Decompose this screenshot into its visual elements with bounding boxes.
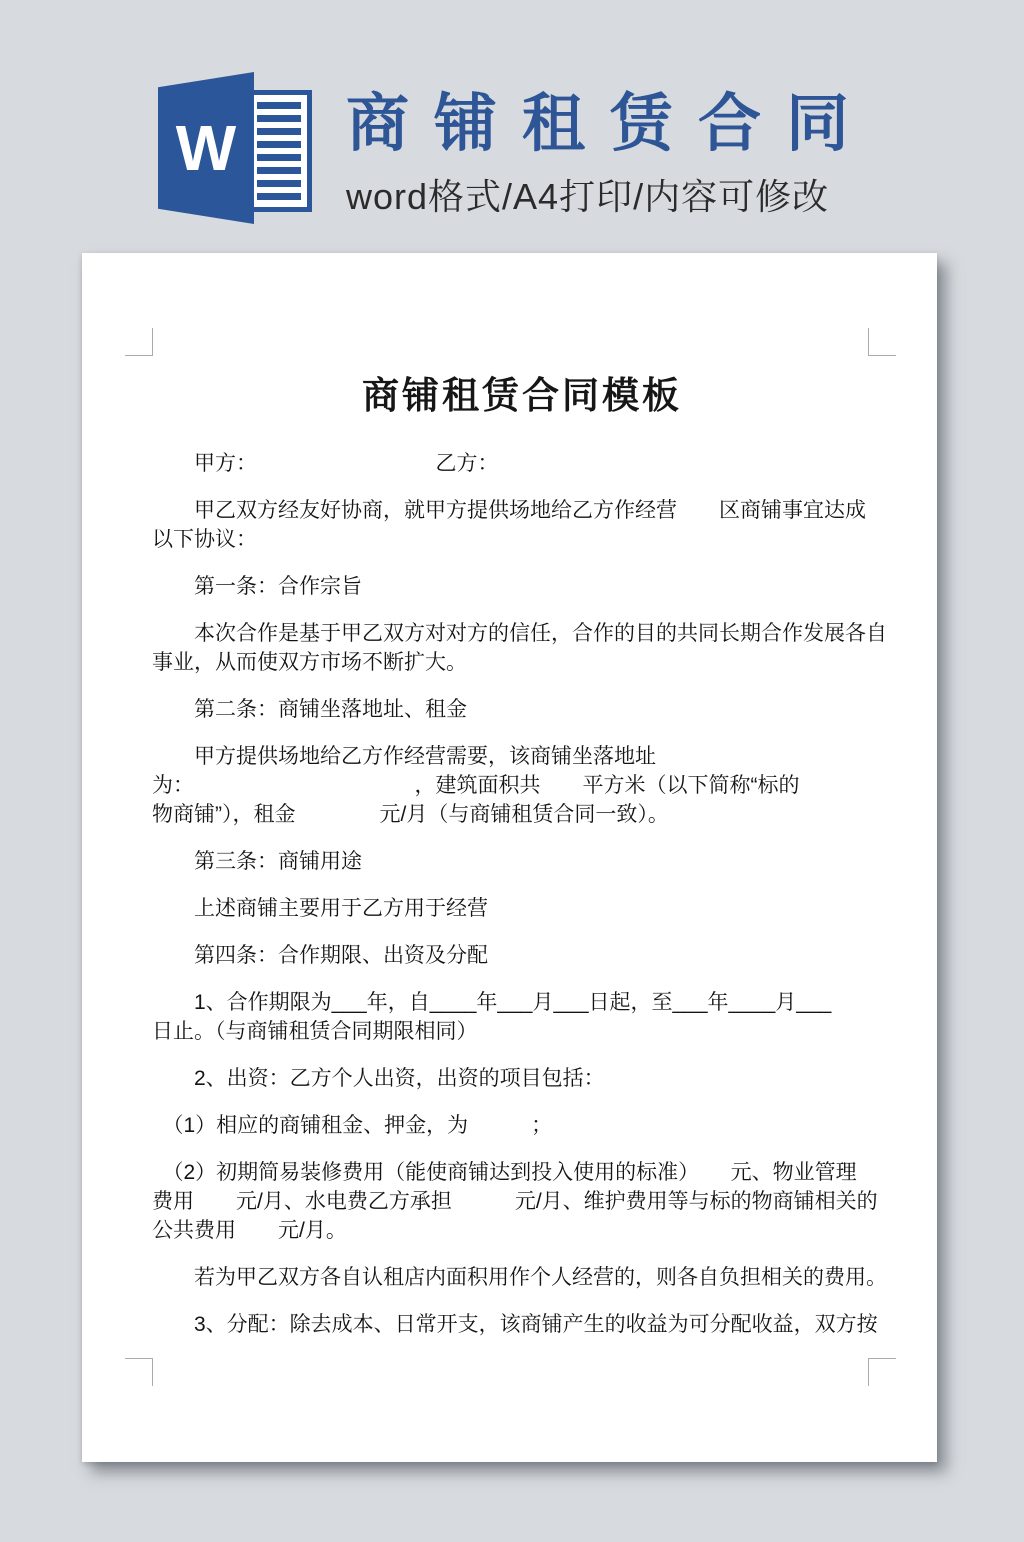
word-icon-letter: W [176, 116, 236, 180]
paragraph-line: 上述商铺主要用于乙方用于经营 [152, 894, 892, 923]
paragraph: 上述商铺主要用于乙方用于经营 [152, 894, 892, 923]
paragraph: 甲乙双方经友好协商，就甲方提供场地给乙方作经营 区商铺事宜达成以下协议： [152, 496, 892, 554]
paragraph-line: 公共费用 元/月。 [152, 1216, 892, 1245]
paragraph-line: 日止。（与商铺租赁合同期限相同） [152, 1017, 892, 1046]
paragraph-line: 第三条：商铺用途 [152, 847, 892, 876]
paragraph: 甲方： 乙方： [152, 449, 892, 478]
paragraph-line: 若为甲乙双方各自认租店内面积用作个人经营的，则各自负担相关的费用。 [152, 1263, 892, 1292]
paragraph: 1、合作期限为___年，自____年___月___日起，至___年____月__… [152, 988, 892, 1046]
document-title: 商铺租赁合同模板 [152, 373, 892, 421]
paragraph-line: 2、出资：乙方个人出资，出资的项目包括： [152, 1064, 892, 1093]
paragraph: 甲方提供场地给乙方作经营需要，该商铺坐落地址为： ，建筑面积共 平方米（以下简称… [152, 742, 892, 829]
word-icon-doc-lines [257, 102, 301, 200]
paragraph: 2、出资：乙方个人出资，出资的项目包括： [152, 1064, 892, 1093]
banner-title: 商铺租赁合同 [346, 92, 906, 156]
paragraph: 第四条：合作期限、出资及分配 [152, 941, 892, 970]
banner-text: 商铺租赁合同 word格式/A4打印/内容可修改 [346, 92, 906, 216]
paragraph-line: 费用 元/月、水电费乙方承担 元/月、维护费用等与标的物商铺相关的 [152, 1187, 892, 1216]
margin-crop-mark-bottom-left [125, 1358, 153, 1386]
banner-subtitle: word格式/A4打印/内容可修改 [346, 178, 906, 216]
paragraph-line: 物商铺”），租金 元/月（与商铺租赁合同一致）。 [152, 800, 892, 829]
paragraph-line: （2）初期简易装修费用（能使商铺达到投入使用的标准） 元、物业管理 [152, 1158, 892, 1187]
margin-crop-mark-top-right [868, 328, 896, 356]
paragraph-line: 3、分配：除去成本、日常开支，该商铺产生的收益为可分配收益，双方按 [152, 1310, 892, 1339]
paragraph: 第一条：合作宗旨 [152, 572, 892, 601]
paragraph-line: 第一条：合作宗旨 [152, 572, 892, 601]
paragraph: 3、分配：除去成本、日常开支，该商铺产生的收益为可分配收益，双方按 [152, 1310, 892, 1339]
paragraph-line: 甲方提供场地给乙方作经营需要，该商铺坐落地址 [152, 742, 892, 771]
paragraph-line: 为： ，建筑面积共 平方米（以下简称“标的 [152, 771, 892, 800]
banner-header: W 商铺租赁合同 word格式/A4打印/内容可修改 [0, 0, 1024, 253]
paragraph-line: （1）相应的商铺租金、押金，为 ； [152, 1111, 892, 1140]
document-body: 甲方： 乙方： 甲乙双方经友好协商，就甲方提供场地给乙方作经营 区商铺事宜达成以… [152, 449, 892, 1339]
word-icon-flag: W [158, 72, 254, 224]
paragraph-line: 本次合作是基于甲乙双方对对方的信任，合作的目的共同长期合作发展各自 [152, 619, 892, 648]
template-preview: W 商铺租赁合同 word格式/A4打印/内容可修改 商铺租赁合同模板 甲方： … [0, 0, 1024, 1542]
paragraph: 本次合作是基于甲乙双方对对方的信任，合作的目的共同长期合作发展各自事业，从而使双… [152, 619, 892, 677]
paragraph-line: 甲方： 乙方： [152, 449, 892, 478]
document-content: 商铺租赁合同模板 甲方： 乙方： 甲乙双方经友好协商，就甲方提供场地给乙方作经营… [152, 355, 892, 1357]
paragraph: （2）初期简易装修费用（能使商铺达到投入使用的标准） 元、物业管理费用 元/月、… [152, 1158, 892, 1245]
paragraph: （1）相应的商铺租金、押金，为 ； [152, 1111, 892, 1140]
paragraph-line: 甲乙双方经友好协商，就甲方提供场地给乙方作经营 区商铺事宜达成 [152, 496, 892, 525]
paragraph-line: 事业，从而使双方市场不断扩大。 [152, 648, 892, 677]
word-icon: W [158, 70, 318, 230]
document-page: 商铺租赁合同模板 甲方： 乙方： 甲乙双方经友好协商，就甲方提供场地给乙方作经营… [82, 253, 937, 1462]
margin-crop-mark-bottom-right [868, 1358, 896, 1386]
paragraph-line: 第四条：合作期限、出资及分配 [152, 941, 892, 970]
margin-crop-mark-top-left [125, 328, 153, 356]
paragraph-line: 以下协议： [152, 525, 892, 554]
paragraph: 若为甲乙双方各自认租店内面积用作个人经营的，则各自负担相关的费用。 [152, 1263, 892, 1292]
paragraph-line: 1、合作期限为___年，自____年___月___日起，至___年____月__… [152, 988, 892, 1017]
paragraph: 第三条：商铺用途 [152, 847, 892, 876]
word-icon-document [246, 90, 312, 212]
paragraph-line: 第二条：商铺坐落地址、租金 [152, 695, 892, 724]
paragraph: 第二条：商铺坐落地址、租金 [152, 695, 892, 724]
